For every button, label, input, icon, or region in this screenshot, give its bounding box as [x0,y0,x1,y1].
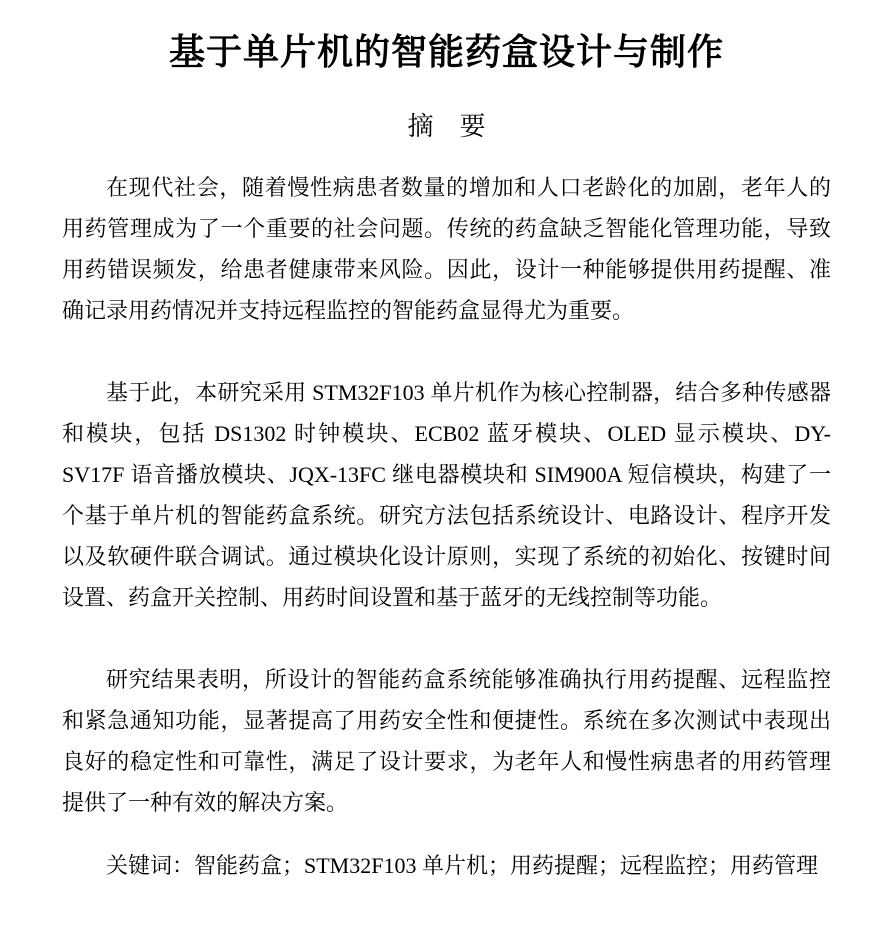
document-page: 基于单片机的智能药盒设计与制作 摘 要 在现代社会，随着慢性病患者数量的增加和人… [0,0,879,950]
document-title: 基于单片机的智能药盒设计与制作 [62,30,831,73]
abstract-paragraph-1: 在现代社会，随着慢性病患者数量的增加和人口老龄化的加剧，老年人的用药管理成为了一… [62,167,831,331]
abstract-paragraph-2: 基于此，本研究采用 STM32F103 单片机作为核心控制器，结合多种传感器和模… [62,372,831,618]
abstract-body: 在现代社会，随着慢性病患者数量的增加和人口老龄化的加剧，老年人的用药管理成为了一… [62,167,831,823]
abstract-paragraph-3: 研究结果表明，所设计的智能药盒系统能够准确执行用药提醒、远程监控和紧急通知功能，… [62,659,831,823]
keywords-line: 关键词：智能药盒；STM32F103 单片机；用药提醒；远程监控；用药管理 [62,845,831,886]
abstract-heading: 摘 要 [62,111,831,142]
